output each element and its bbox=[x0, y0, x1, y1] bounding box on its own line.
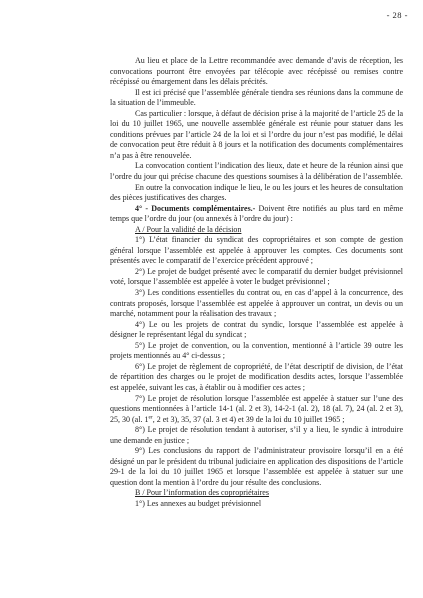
paragraph-lieu-reunions: Il est ici précisé que l’assemblée génér… bbox=[110, 88, 403, 109]
item-b-1: 1°) Les annexes au budget prévisionnel bbox=[110, 499, 403, 510]
heading-a-text: A / Pour la validité de la décision bbox=[135, 225, 241, 234]
section-4-title: 4° - Documents complémentaires.- bbox=[135, 204, 255, 213]
document-body: Au lieu et place de la Lettre recommandé… bbox=[110, 56, 403, 510]
section-4-paragraph: 4° - Documents complémentaires.- Doivent… bbox=[110, 204, 403, 225]
page-number: - 28 - bbox=[387, 10, 408, 20]
item-a-2: 2°) Le projet de budget présenté avec le… bbox=[110, 267, 403, 288]
paragraph-cas-particulier: Cas particulier : lorsque, à défaut de d… bbox=[110, 109, 403, 162]
item-a-9: 9°) Les conclusions du rapport de l’admi… bbox=[110, 446, 403, 488]
heading-b: B / Pour l’information des copropriétair… bbox=[110, 488, 403, 499]
item-a-8: 8°) Le projet de résolution tendant à au… bbox=[110, 425, 403, 446]
item-a-4: 4°) Le ou les projets de contrat du synd… bbox=[110, 320, 403, 341]
item-a-7-text-end: , 2 et 3), 35, 37 (al. 3 et 4) et 39 de … bbox=[153, 415, 345, 424]
paragraph-consultation-pieces: En outre la convocation indique le lieu,… bbox=[110, 183, 403, 204]
paragraph-lettre-recommandee: Au lieu et place de la Lettre recommandé… bbox=[110, 56, 403, 88]
paragraph-contenu-convocation: La convocation contient l’indication des… bbox=[110, 161, 403, 182]
item-a-3: 3°) Les conditions essentielles du contr… bbox=[110, 288, 403, 320]
item-a-7: 7°) Le projet de résolution lorsque l’as… bbox=[110, 394, 403, 426]
item-a-5: 5°) Le projet de convention, ou la conve… bbox=[110, 341, 403, 362]
item-a-6: 6°) Le projet de règlement de copropriét… bbox=[110, 362, 403, 394]
item-a-1: 1°) L’état financier du syndicat des cop… bbox=[110, 235, 403, 267]
heading-a: A / Pour la validité de la décision bbox=[110, 225, 403, 236]
document-page: - 28 - Au lieu et place de la Lettre rec… bbox=[0, 0, 423, 598]
heading-b-text: B / Pour l’information des copropriétair… bbox=[135, 488, 269, 497]
